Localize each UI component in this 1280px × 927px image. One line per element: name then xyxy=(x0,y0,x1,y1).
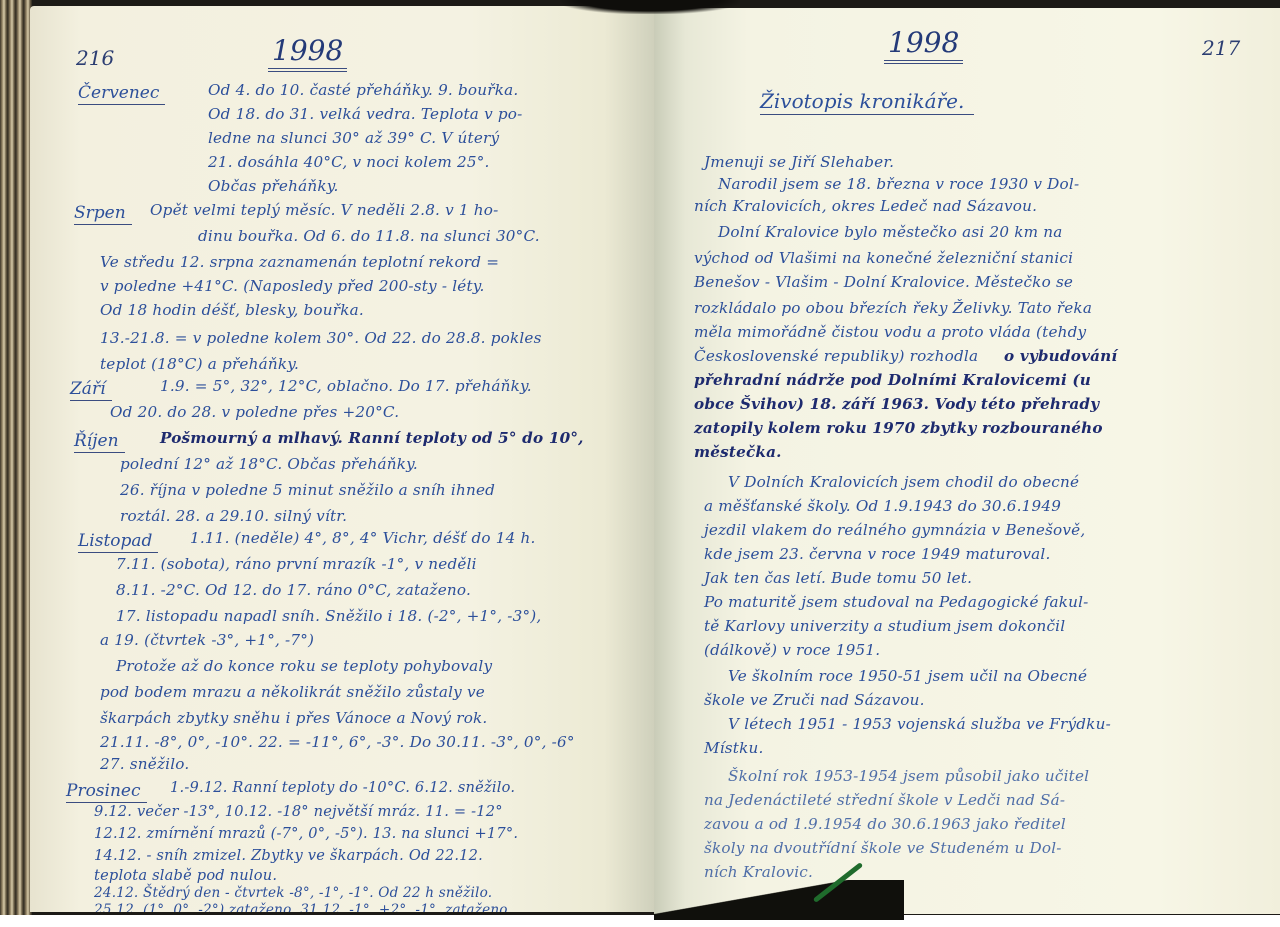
text-line: 9.12. večer -13°, 10.12. -18° největší m… xyxy=(94,800,503,824)
text-line: 24.12. Štědrý den - čtvrtek -8°, -1°, -1… xyxy=(94,884,492,902)
page-year: 1998 xyxy=(268,34,347,72)
text-line: 27. sněžilo. xyxy=(100,752,189,776)
text-line: kde jsem 23. června v roce 1949 maturova… xyxy=(704,542,1051,566)
text-line: 1.-9.12. Ranní teploty do -10°C. 6.12. s… xyxy=(170,776,515,800)
text-line: roztál. 28. a 29.10. silný vítr. xyxy=(120,504,347,528)
text-line: dinu bouřka. Od 6. do 11.8. na slunci 30… xyxy=(198,224,540,248)
text-line-bold: přehradní nádrže pod Dolními Kralovicemi… xyxy=(694,368,1091,392)
page-number: 216 xyxy=(76,46,114,70)
right-page: 1998 217 Životopis kronikáře. Jmenuji se… xyxy=(654,8,1280,914)
text-line: 12.12. zmírnění mrazů (-7°, 0°, -5°). 13… xyxy=(94,822,518,846)
text-line: Ve školním roce 1950-51 jsem učil na Obe… xyxy=(728,664,1087,688)
text-line: měla mimořádně čistou vodu a proto vláda… xyxy=(694,320,1086,344)
text-line: škole ve Zruči nad Sázavou. xyxy=(704,688,925,712)
text-line: 26. října v poledne 5 minut sněžilo a sn… xyxy=(120,478,495,502)
text-line: Od 20. do 28. v poledne přes +20°C. xyxy=(110,400,399,424)
text-line: Ve středu 12. srpna zaznamenán teplotní … xyxy=(100,250,499,274)
text-line: zavou a od 1.9.1954 do 30.6.1963 jako ře… xyxy=(704,812,1066,836)
month-label-rijen: Říjen xyxy=(74,430,125,453)
text-line: Československé republiky) rozhodla xyxy=(694,344,978,368)
text-line-bold: o vybudování xyxy=(1004,344,1117,368)
text-line-bold: zatopily kolem roku 1970 zbytky rozboura… xyxy=(694,416,1103,440)
page-edges xyxy=(0,0,32,915)
month-label-listopad: Listopad xyxy=(78,530,158,553)
text-line: a měšťanské školy. Od 1.9.1943 do 30.6.1… xyxy=(704,494,1061,518)
spine-shadow xyxy=(560,0,740,14)
page-corner-shadow xyxy=(654,880,904,920)
text-line: Jak ten čas letí. Bude tomu 50 let. xyxy=(704,566,972,590)
text-line: Dolní Kralovice bylo městečko asi 20 km … xyxy=(718,220,1063,244)
text-line: Jmenuji se Jiří Slehaber. xyxy=(704,150,894,174)
text-line: Místku. xyxy=(704,736,764,760)
text-line: Benešov - Vlašim - Dolní Kralovice. Měst… xyxy=(694,270,1073,294)
text-line: Pošmourný a mlhavý. Ranní teploty od 5° … xyxy=(160,426,584,450)
text-line: 1.9. = 5°, 32°, 12°C, oblačno. Do 17. př… xyxy=(160,374,532,398)
text-line: 7.11. (sobota), ráno první mrazík -1°, v… xyxy=(116,552,477,576)
text-line: 21. dosáhla 40°C, v noci kolem 25°. xyxy=(208,150,490,174)
text-line: školy na dvoutřídní škole ve Studeném u … xyxy=(704,836,1062,860)
month-label-zari: Září xyxy=(70,378,112,401)
text-line: 21.11. -8°, 0°, -10°. 22. = -11°, 6°, -3… xyxy=(100,730,575,754)
text-line: ních Kralovicích, okres Ledeč nad Sázavo… xyxy=(694,194,1037,218)
text-line: teplot (18°C) a přeháňky. xyxy=(100,352,299,376)
text-line-bold: obce Švihov) 18. září 1963. Vody této př… xyxy=(694,392,1099,416)
text-line: východ od Vlašimi na konečné železniční … xyxy=(694,246,1073,270)
text-line: Od 4. do 10. časté přeháňky. 9. bouřka. xyxy=(208,78,518,102)
text-line: rozkládalo po obou březích řeky Želivky.… xyxy=(694,296,1092,320)
text-line: jezdil vlakem do reálného gymnázia v Ben… xyxy=(704,518,1085,542)
left-page: 216 1998 Červenec Od 4. do 10. časté pře… xyxy=(30,6,654,912)
text-line: na Jedenáctileté střední škole v Ledči n… xyxy=(704,788,1065,812)
text-line: 17. listopadu napadl sníh. Sněžilo i 18.… xyxy=(116,604,541,628)
text-line: pod bodem mrazu a několikrát sněžilo zůs… xyxy=(100,680,485,704)
text-line: Protože až do konce roku se teploty pohy… xyxy=(116,654,492,678)
text-line: ledne na slunci 30° až 39° C. V úterý xyxy=(208,126,499,150)
text-line: Od 18. do 31. velká vedra. Teplota v po- xyxy=(208,102,522,126)
month-label-cervenec: Červenec xyxy=(78,82,165,105)
text-line: škarpách zbytky sněhu i přes Vánoce a No… xyxy=(100,706,487,730)
text-line: tě Karlovy univerzity a studium jsem dok… xyxy=(704,614,1065,638)
text-line: v poledne +41°C. (Naposledy před 200-sty… xyxy=(100,274,485,298)
text-line: 13.-21.8. = v poledne kolem 30°. Od 22. … xyxy=(100,326,542,350)
page-number: 217 xyxy=(1202,36,1240,60)
text-line: polední 12° až 18°C. Občas přeháňky. xyxy=(120,452,418,476)
text-line: Občas přeháňky. xyxy=(208,174,339,198)
text-line: a 19. (čtvrtek -3°, +1°, -7°) xyxy=(100,628,314,652)
text-line: 8.11. -2°C. Od 12. do 17. ráno 0°C, zata… xyxy=(116,578,471,602)
text-line: Opět velmi teplý měsíc. V neděli 2.8. v … xyxy=(150,198,498,222)
text-line: V Dolních Kralovicích jsem chodil do obe… xyxy=(728,470,1079,494)
page-year: 1998 xyxy=(884,26,963,64)
text-line-bold: městečka. xyxy=(694,440,782,464)
month-label-srpen: Srpen xyxy=(74,202,132,225)
text-line: Po maturitě jsem studoval na Pedagogické… xyxy=(704,590,1089,614)
text-line: Od 18 hodin déšť, blesky, bouřka. xyxy=(100,298,364,322)
section-heading: Životopis kronikáře. xyxy=(760,88,974,115)
text-line: 1.11. (neděle) 4°, 8°, 4° Vichr, déšť do… xyxy=(190,526,536,550)
text-line: Školní rok 1953-1954 jsem působil jako u… xyxy=(728,764,1089,788)
book-spread: 216 1998 Červenec Od 4. do 10. časté pře… xyxy=(0,0,1280,915)
text-line: Narodil jsem se 18. března v roce 1930 v… xyxy=(718,172,1079,196)
text-line: (dálkově) v roce 1951. xyxy=(704,638,880,662)
text-line: 25.12. (1°, 0°, -2°) zataženo. 31.12. -1… xyxy=(94,901,508,912)
text-line: V létech 1951 - 1953 vojenská služba ve … xyxy=(728,712,1111,736)
